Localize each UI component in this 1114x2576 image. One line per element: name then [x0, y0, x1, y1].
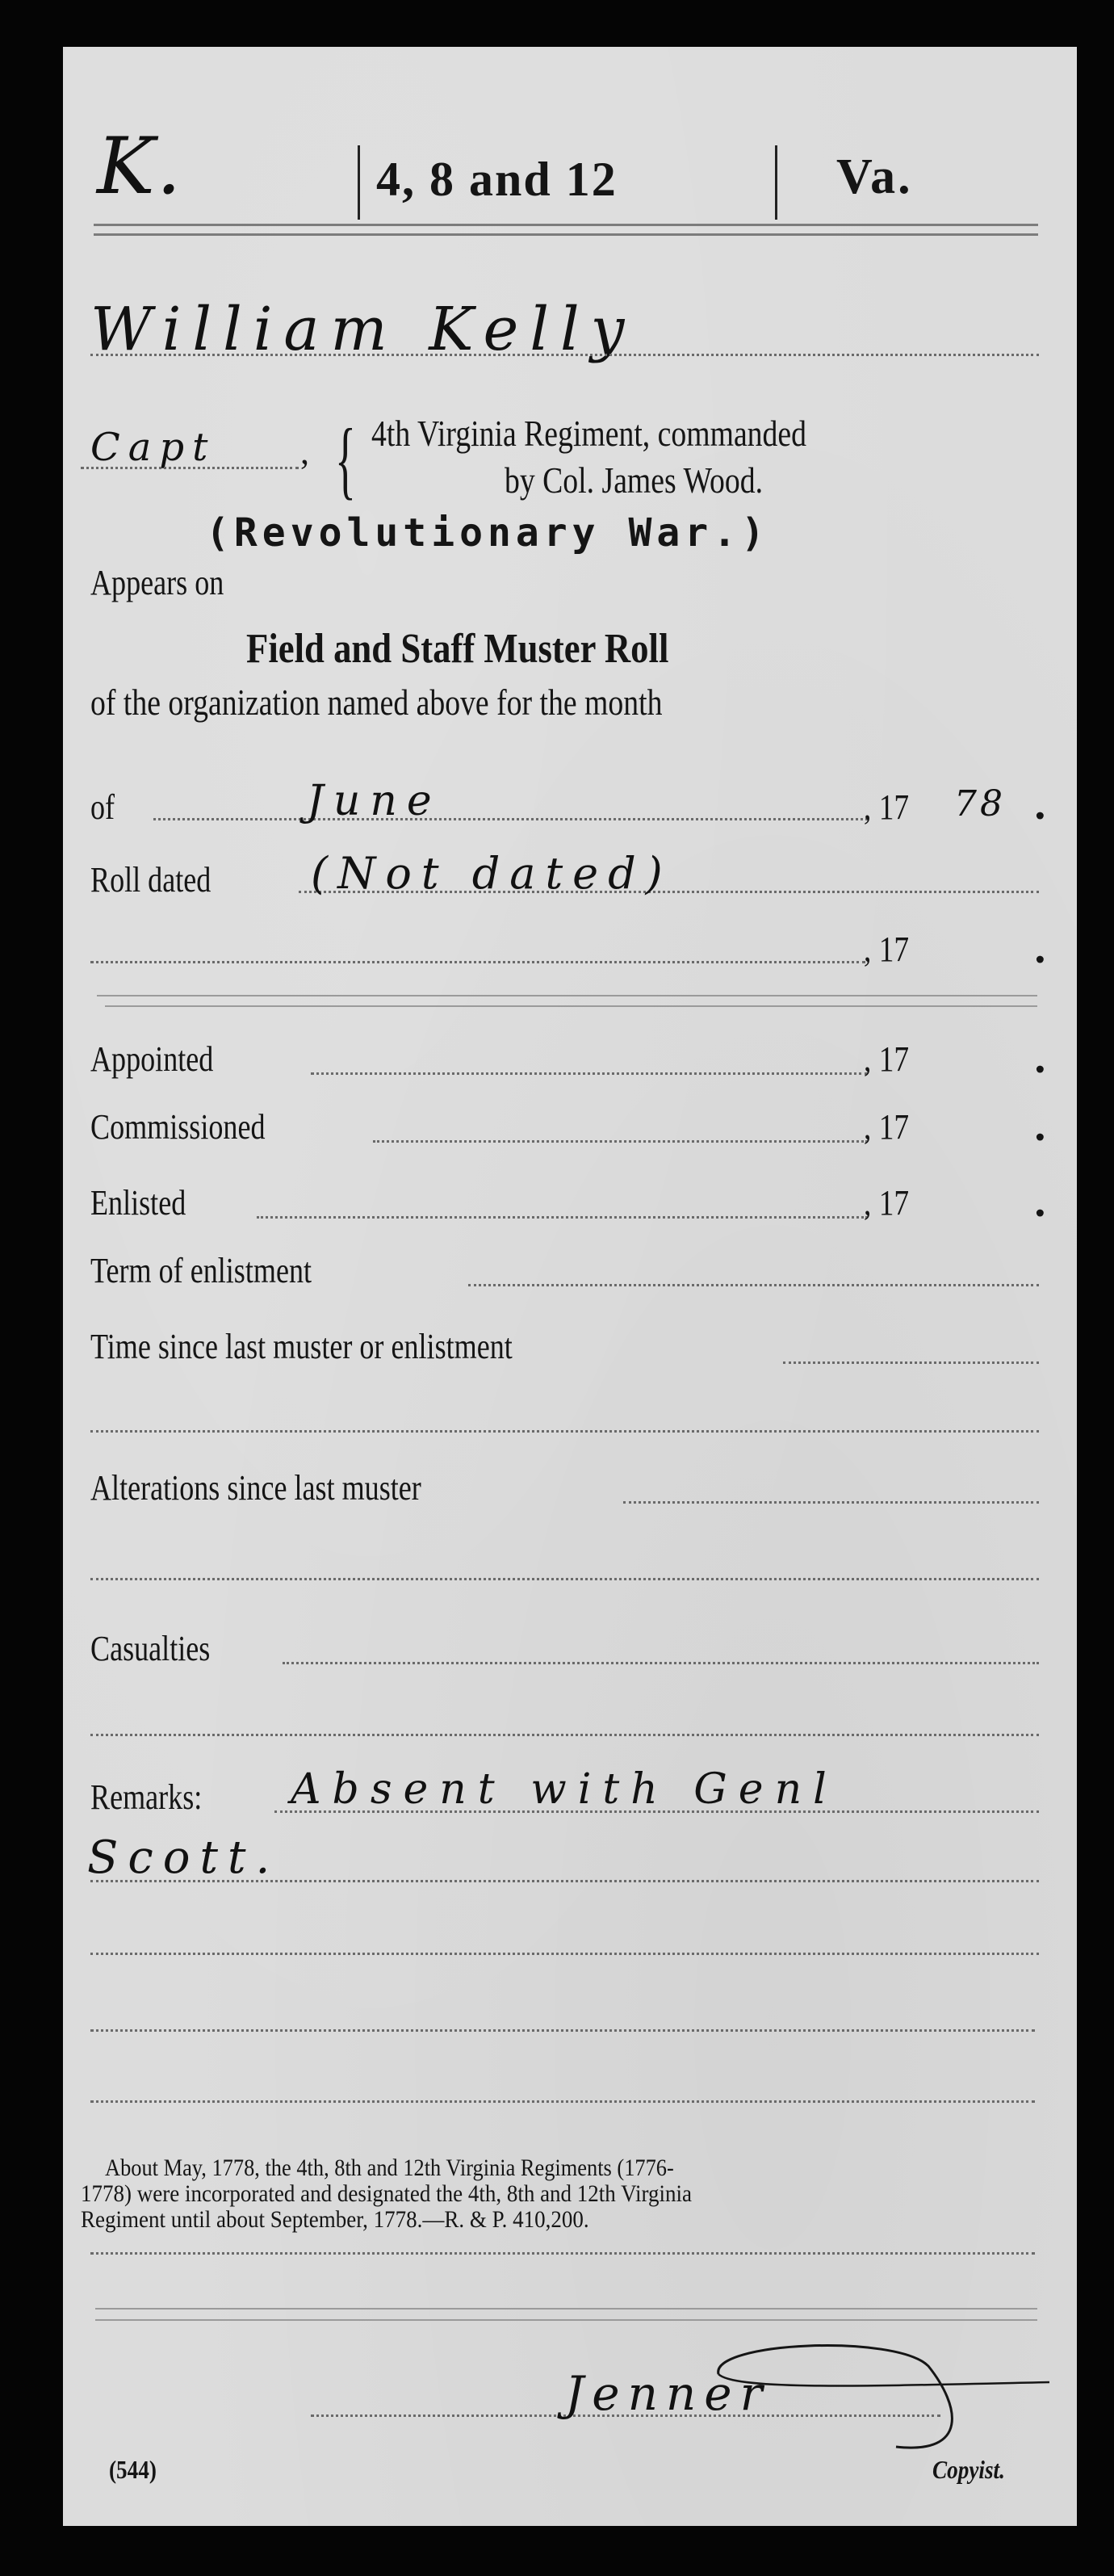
remarks-line-5 — [90, 2100, 1035, 2103]
enlisted-year: , 17 — [864, 1182, 909, 1223]
commissioned-line — [373, 1140, 868, 1143]
rank-comma: , — [300, 431, 309, 472]
time-since-line-2 — [90, 1430, 1039, 1433]
roll-dated-year: , 17 — [864, 929, 909, 970]
month-value: June — [307, 777, 442, 825]
roll-type-title: Field and Staff Muster Roll — [246, 625, 668, 673]
roll-dated-period: . — [1033, 927, 1047, 972]
appointed-period: . — [1033, 1037, 1047, 1082]
month-label: of — [90, 787, 115, 828]
enlisted-label: Enlisted — [90, 1182, 186, 1223]
rank-line — [81, 467, 299, 469]
footer-rule-top — [95, 2308, 1037, 2310]
footnote-line-1: About May, 1778, the 4th, 8th and 12th V… — [105, 2154, 674, 2182]
casualties-line — [283, 1662, 1039, 1664]
roll-dated-line-2 — [90, 961, 865, 963]
time-since-label: Time since last muster or enlistment — [90, 1326, 513, 1367]
header-divider-right — [775, 145, 777, 220]
month-line — [153, 818, 868, 820]
appointed-year: , 17 — [864, 1038, 909, 1080]
header-state: Va. — [836, 149, 913, 206]
footnote-rule — [90, 2252, 1035, 2255]
roll-dated-value: (Not dated) — [311, 848, 672, 899]
section-rule-top — [97, 995, 1037, 996]
enlisted-period: . — [1033, 1181, 1047, 1226]
war-label: (Revolutionary War.) — [206, 510, 769, 556]
roll-description: of the organization named above for the … — [90, 681, 662, 724]
month-period: . — [1033, 783, 1047, 829]
alterations-label: Alterations since last muster — [90, 1467, 421, 1508]
appears-on-label: Appears on — [90, 562, 224, 603]
form-number: (544) — [109, 2455, 157, 2485]
section-rule-bottom — [105, 1005, 1037, 1007]
commissioned-label: Commissioned — [90, 1106, 266, 1147]
remarks-value-line-2: Scott. — [87, 1831, 279, 1884]
casualties-label: Casualties — [90, 1628, 210, 1669]
footnote-line-3: Regiment until about September, 1778.—R.… — [81, 2206, 589, 2234]
signature-flourish-icon — [702, 2334, 1049, 2463]
time-since-line — [783, 1361, 1039, 1364]
casualties-line-2 — [90, 1734, 1039, 1736]
term-label: Term of enlistment — [90, 1250, 312, 1291]
unit-line-2: by Col. James Wood. — [505, 459, 763, 501]
month-year-handwritten: 78 — [954, 783, 1006, 824]
soldier-rank: Capt — [90, 425, 216, 470]
footer-rule-bottom — [95, 2319, 1037, 2321]
header-initial: K. — [97, 121, 182, 212]
commissioned-period: . — [1033, 1105, 1047, 1150]
alterations-line-2 — [90, 1578, 1039, 1580]
appointed-line — [311, 1072, 868, 1075]
commissioned-year: , 17 — [864, 1106, 909, 1147]
remarks-line-3 — [90, 1953, 1039, 1955]
remarks-line-4 — [90, 2029, 1035, 2032]
header-rule-bottom — [94, 233, 1038, 236]
footnote-line-2: 1778) were incorporated and designated t… — [81, 2180, 692, 2208]
roll-dated-label: Roll dated — [90, 859, 211, 900]
appointed-label: Appointed — [90, 1038, 213, 1080]
enlisted-line — [257, 1216, 868, 1219]
copyist-label: Copyist. — [932, 2455, 1005, 2485]
unit-brace-icon: { — [335, 410, 356, 510]
unit-line-1: 4th Virginia Regiment, commanded — [371, 412, 806, 455]
header-rule-top — [94, 224, 1038, 226]
remarks-label: Remarks: — [90, 1777, 202, 1818]
month-year-prefix: , 17 — [864, 787, 909, 828]
term-line — [468, 1284, 1039, 1286]
name-line — [90, 354, 1039, 356]
alterations-line — [623, 1501, 1039, 1504]
header-divider-left — [358, 145, 360, 220]
header-regiments: 4, 8 and 12 — [376, 152, 618, 208]
remarks-value-line-1: Absent with Genl — [291, 1765, 838, 1814]
